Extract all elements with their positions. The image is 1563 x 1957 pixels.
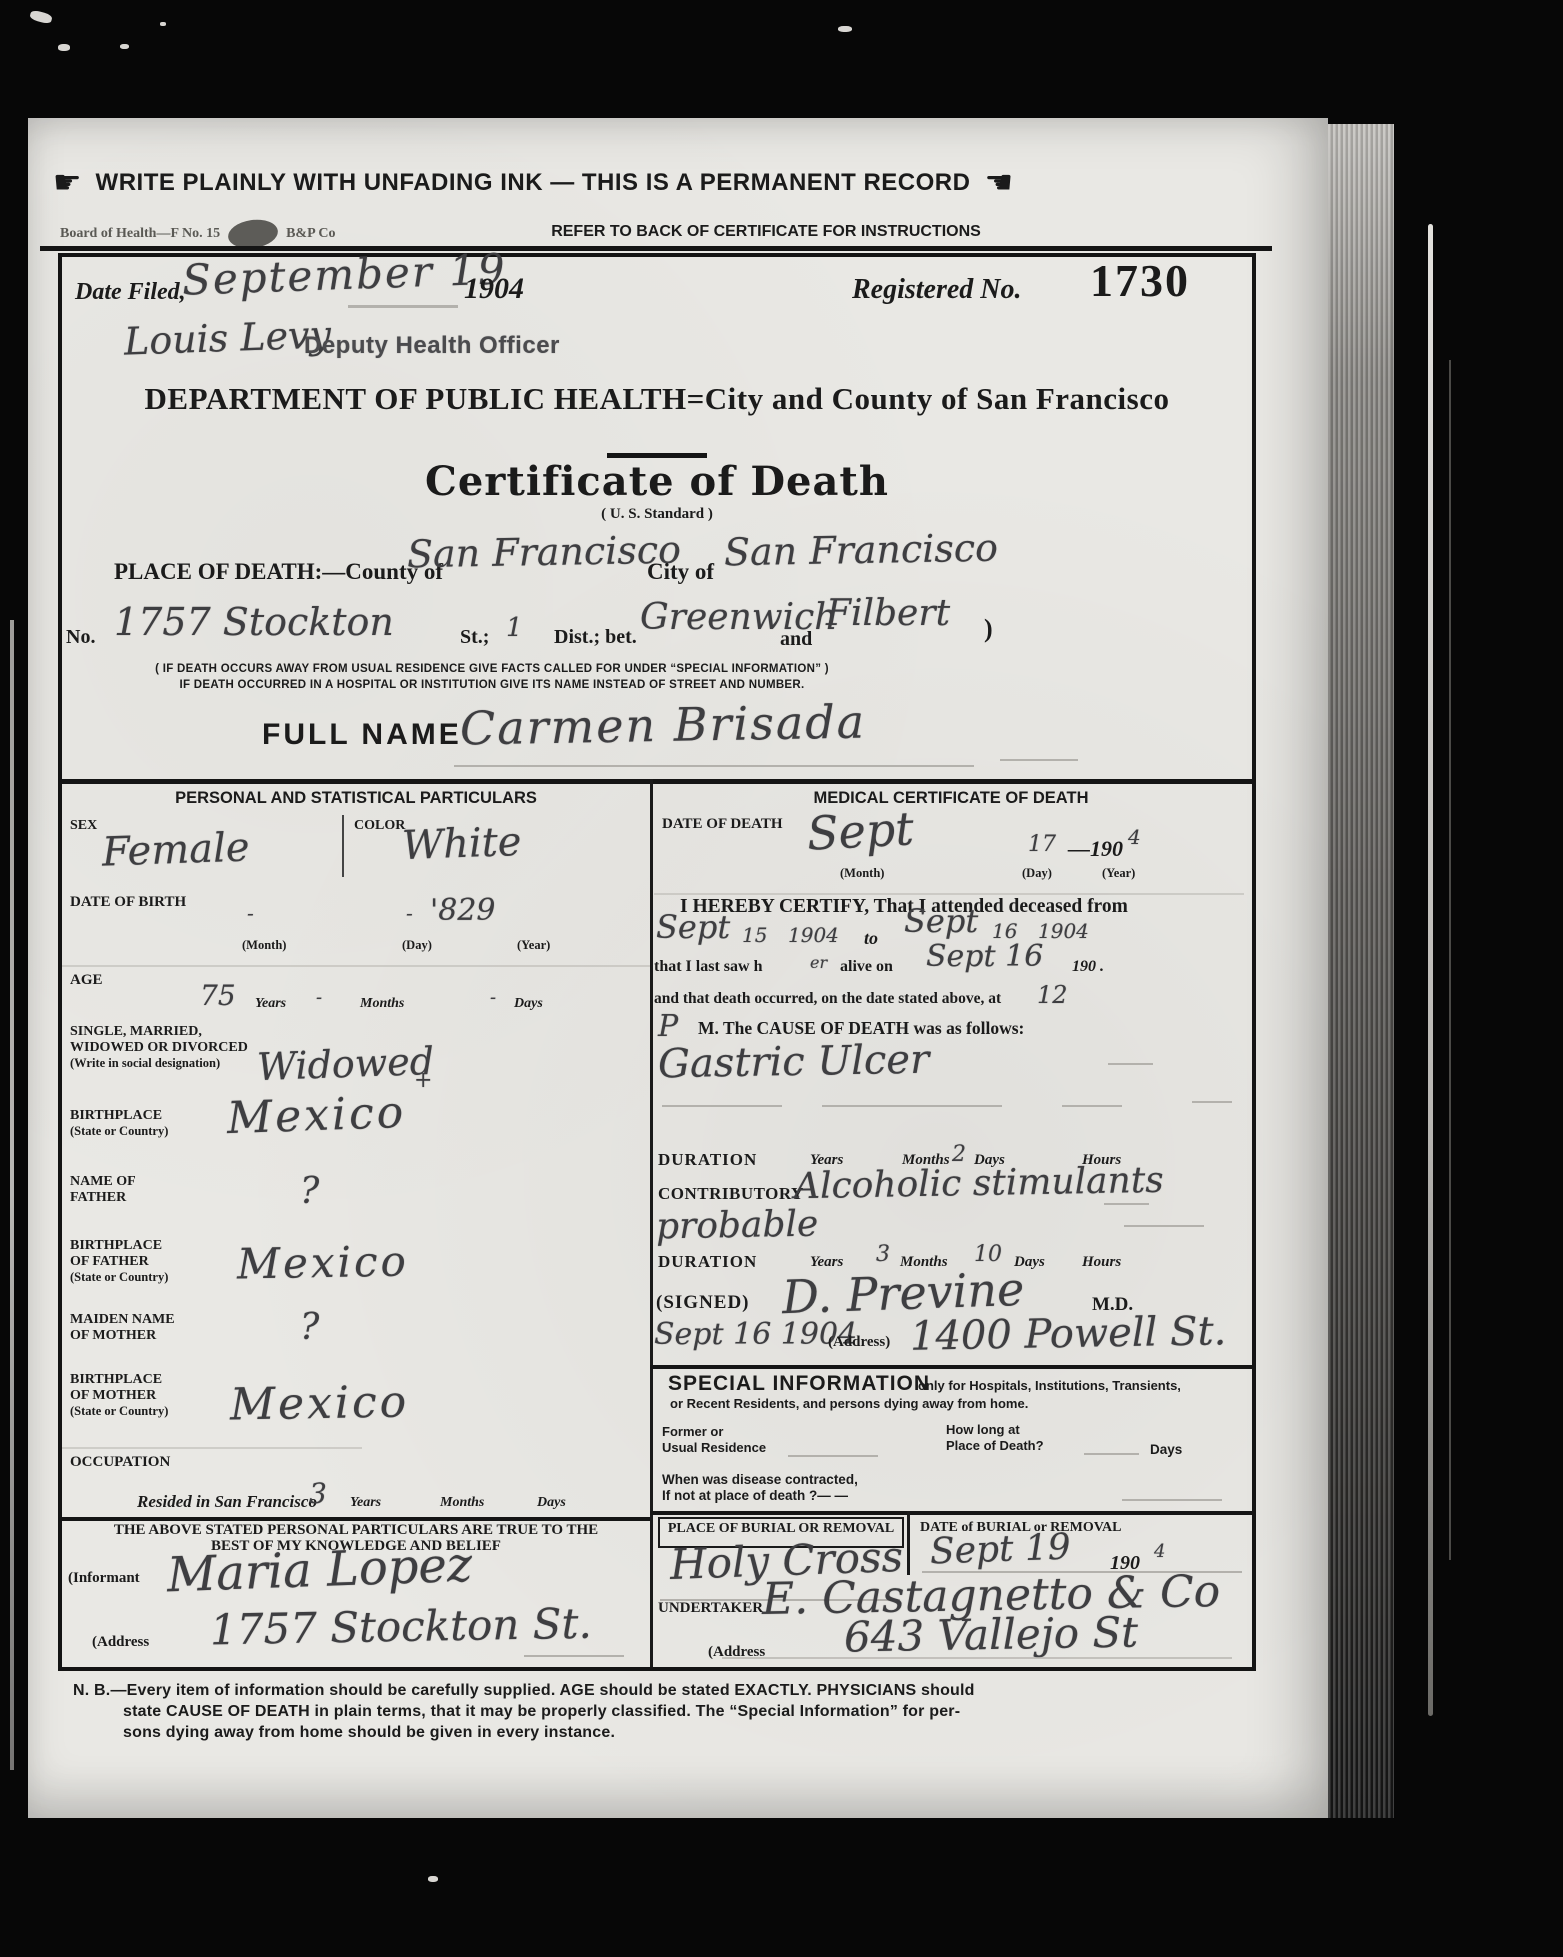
color-label: COLOR [354, 819, 405, 834]
mother-name-label-1: MAIDEN NAME [70, 1313, 175, 1328]
st-label: St.; [460, 627, 489, 648]
columns-top-rule [62, 779, 1252, 784]
informant-address-label: (Address [92, 1635, 149, 1651]
age-row-line [62, 965, 650, 967]
full-name-value: Carmen Brisada [460, 697, 867, 752]
disease-contracted-label-2: If not at place of death ?— — [662, 1489, 848, 1503]
father-birthplace-label-2: OF FATHER [70, 1255, 149, 1270]
resided-years-value: 3 [309, 1479, 327, 1508]
cause-line-1 [662, 1105, 782, 1107]
banner-text: WRITE PLAINLY WITH UNFADING INK — THIS I… [96, 170, 971, 195]
age-dash-1: - [316, 989, 322, 1008]
contributory-value-2: probable [656, 1206, 819, 1247]
color-value: White [401, 821, 522, 867]
attended-to-month: Sept [904, 905, 978, 939]
footnote-line-2: state CAUSE OF DEATH in plain terms, tha… [123, 1704, 960, 1721]
certificate-box: Date Filed, September 19 1904 Registered… [58, 253, 1256, 1671]
and-label: and [780, 629, 812, 650]
birthplace-value: Mexico [226, 1090, 407, 1142]
printer-name-text: B&P Co [286, 227, 335, 242]
mother-birthplace-label-1: BIRTHPLACE [70, 1373, 162, 1388]
full-name-line [454, 765, 974, 767]
between-street-b: Filbert [826, 595, 950, 633]
attended-from-year: 1904 [788, 925, 839, 946]
date-of-death-label: DATE OF DEATH [662, 817, 783, 833]
father-name-value: ? [300, 1173, 319, 1211]
father-birthplace-value: Mexico [237, 1240, 410, 1287]
statement-rule [62, 1517, 650, 1521]
date-of-death-month: Sept [806, 804, 915, 858]
date-filed-year: 1904 [464, 273, 524, 305]
registered-no-label: Registered No. [852, 275, 1022, 304]
date-filed-value: September 19 [181, 247, 507, 302]
full-name-label: FULL NAME [262, 719, 462, 751]
refer-instructions: REFER TO BACK OF CERTIFICATE FOR INSTRUC… [548, 224, 984, 241]
special-info-line-2: or Recent Residents, and persons dying a… [670, 1397, 1028, 1411]
dust-speck [838, 26, 852, 32]
informant-label: (Informant [68, 1571, 140, 1587]
city-value: San Francisco [724, 529, 999, 574]
occupation-label: OCCUPATION [70, 1455, 170, 1471]
marital-label-2: WIDOWED OR DIVORCED [70, 1041, 248, 1056]
book-page-edges [1328, 124, 1394, 1818]
statement-line-1: THE ABOVE STATED PERSONAL PARTICULARS AR… [62, 1523, 650, 1539]
attended-to-year: 1904 [1038, 921, 1089, 942]
pointing-hand-left-icon: ☚ [984, 166, 1013, 200]
attended-from-day: 15 [742, 925, 767, 946]
marital-label-3: (Write in social designation) [70, 1057, 220, 1070]
physician-address-label: (Address) [828, 1335, 890, 1351]
duration2-hours-label: Hours [1082, 1255, 1121, 1271]
mother-name-value: ? [300, 1309, 319, 1347]
death-occurred-text: and that death occurred, on the date sta… [654, 991, 1001, 1007]
marital-value: Widowed [256, 1042, 434, 1088]
contributory-line [1124, 1225, 1204, 1227]
sex-value: Female [101, 826, 250, 873]
last-saw-text-a: that I last saw h [654, 959, 762, 976]
age-label: AGE [70, 973, 103, 989]
informant-value: Maria Lopez [166, 1540, 473, 1601]
dust-speck [160, 22, 166, 26]
father-birthplace-label-1: BIRTHPLACE [70, 1239, 162, 1254]
cause-dash [1108, 1063, 1153, 1065]
special-info-title: SPECIAL INFORMATION [668, 1373, 930, 1395]
dod-month-paren: (Month) [840, 867, 884, 880]
footnote-line-1: N. B.—Every item of information should b… [73, 1683, 975, 1700]
undertaker-address-line [722, 1657, 1232, 1659]
duration2-years-value: 3 [876, 1243, 890, 1266]
age-days-label: Days [514, 997, 543, 1012]
burial-divider [907, 1511, 910, 1575]
city-label: City of [647, 560, 714, 584]
certificate-standard: ( U. S. Standard ) [62, 507, 1252, 523]
resided-years-label: Years [350, 1496, 381, 1511]
left-page-edge-line [10, 620, 14, 1770]
residence-note-1: ( IF DEATH OCCURS AWAY FROM USUAL RESIDE… [102, 663, 882, 675]
cause-line-2 [822, 1105, 1002, 1107]
date-filed-underline [348, 305, 458, 308]
how-long-label-2: Place of Death? [946, 1439, 1044, 1453]
dob-day-tick: - [406, 903, 413, 924]
marital-flourish: + [414, 1069, 432, 1092]
resided-months-label: Months [440, 1496, 484, 1511]
undertaker-label: UNDERTAKER [658, 1601, 763, 1617]
disease-contracted-label-1: When was disease contracted, [662, 1473, 858, 1487]
duration2-label: DURATION [658, 1253, 757, 1271]
duration1-label: DURATION [658, 1151, 757, 1169]
special-info-suffix: only for Hospitals, Institutions, Transi… [918, 1379, 1181, 1393]
certify-top-line [654, 893, 1244, 895]
cause-line-3 [1062, 1105, 1122, 1107]
contributory-value: Alcoholic stimulants [794, 1162, 1164, 1206]
date-of-death-year-hw: 4 [1128, 827, 1141, 848]
physician-address-value: 1400 Powell St. [910, 1310, 1227, 1358]
county-value: San Francisco [407, 531, 682, 576]
spine-highlight-line [1428, 224, 1433, 1716]
residence-note-2: IF DEATH OCCURRED IN A HOSPITAL OR INSTI… [102, 679, 882, 691]
attended-from-month: Sept [656, 911, 730, 945]
dob-day-paren: (Day) [402, 939, 432, 952]
column-divider [650, 779, 653, 1667]
occupation-line [62, 1447, 362, 1449]
former-residence-blank [788, 1455, 878, 1457]
registered-no-value: 1730 [1090, 257, 1190, 305]
attended-to-label: to [864, 929, 878, 948]
medical-column-header: MEDICAL CERTIFICATE OF DEATH [650, 790, 1252, 807]
subheader-left: Board of Health—F No. 15 B&P Co [60, 220, 335, 248]
contributory-label: CONTRIBUTORY [658, 1185, 804, 1203]
cause-line-4 [1192, 1101, 1232, 1103]
age-months-label: Months [360, 997, 404, 1012]
dust-speck [120, 44, 129, 49]
banner: ☛ WRITE PLAINLY WITH UNFADING INK — THIS… [86, 166, 980, 200]
resided-days-label: Days [537, 1496, 566, 1511]
personal-column-header: PERSONAL AND STATISTICAL PARTICULARS [62, 790, 650, 807]
mother-birthplace-value: Mexico [230, 1379, 410, 1428]
pointing-hand-right-icon: ☛ [53, 166, 82, 200]
dob-label: DATE OF BIRTH [70, 895, 186, 911]
dob-year-value: '829 [430, 895, 496, 927]
top-rule [40, 246, 1272, 251]
full-name-dash [1000, 759, 1078, 761]
informant-address-dash [524, 1655, 624, 1657]
spine-dim-line [1449, 360, 1451, 1560]
street-no-label: No. [66, 627, 95, 648]
dust-speck [58, 44, 70, 51]
footnote-line-3: sons dying away from home should be give… [123, 1725, 615, 1742]
last-saw-date: Sept 16 [926, 941, 1043, 973]
informant-address-value: 1757 Stockton St. [210, 1602, 592, 1653]
last-saw-text-b: alive on [840, 959, 893, 976]
form-number-text: Board of Health—F No. 15 [60, 227, 220, 242]
former-residence-label-2: Usual Residence [662, 1441, 766, 1455]
certificate-page: ☛ WRITE PLAINLY WITH UNFADING INK — THIS… [28, 118, 1328, 1818]
age-dash-2: - [490, 989, 496, 1008]
father-name-label-2: FATHER [70, 1191, 126, 1206]
resided-label: Resided in San Francisco [137, 1493, 317, 1511]
burial-date-year-hw: 4 [1154, 1543, 1165, 1562]
cause-of-death-value: Gastric Ulcer [658, 1039, 930, 1086]
burial-date-value: Sept 19 [929, 1529, 1071, 1572]
dob-year-paren: (Year) [517, 939, 550, 952]
signed-date: Sept 16 1904 [654, 1319, 857, 1351]
undertaker-address-value: 643 Vallejo St [844, 1610, 1139, 1659]
contributory-dash [1104, 1203, 1149, 1205]
birthplace-label-2: (State or Country) [70, 1125, 168, 1138]
death-occurred-time: 12 [1037, 983, 1068, 1008]
sex-color-divider [342, 815, 344, 877]
last-saw-year: 190 . [1072, 959, 1104, 976]
date-of-death-year-printed: —190 [1068, 837, 1123, 860]
marital-label-1: SINGLE, MARRIED, [70, 1025, 202, 1040]
sex-label: SEX [70, 819, 97, 834]
officer-signature: Louis Levy [123, 315, 331, 362]
dust-speck [428, 1876, 438, 1882]
mother-birthplace-label-2: OF MOTHER [70, 1389, 156, 1404]
cause-of-death-label: M. The CAUSE OF DEATH was as follows: [698, 1019, 1024, 1037]
age-years-label: Years [255, 997, 286, 1012]
father-birthplace-label-3: (State or Country) [70, 1271, 168, 1284]
street-no-value: 1757 Stockton [114, 603, 394, 643]
special-top-rule [650, 1365, 1252, 1369]
how-long-blank [1084, 1453, 1139, 1455]
age-years-value: 75 [200, 981, 236, 1010]
death-occurred-meridiem-hw: P [658, 1011, 678, 1043]
dod-day-paren: (Day) [1022, 867, 1052, 880]
mother-birthplace-label-3: (State or Country) [70, 1405, 168, 1418]
how-long-label-1: How long at [946, 1423, 1020, 1437]
district-value: 1 [506, 615, 523, 642]
disease-contracted-blank [1122, 1499, 1222, 1501]
burial-top-rule [650, 1511, 1252, 1515]
officer-title: Deputy Health Officer [304, 333, 560, 358]
father-name-label-1: NAME OF [70, 1175, 136, 1190]
dod-year-paren: (Year) [1102, 867, 1135, 880]
place-of-death-label: PLACE OF DEATH:—County of [114, 560, 443, 584]
signed-label: (SIGNED) [656, 1293, 750, 1313]
certificate-title: Certificate of Death [62, 461, 1252, 503]
date-filed-label: Date Filed, [75, 280, 186, 305]
how-long-days-label: Days [1150, 1443, 1182, 1457]
closing-paren: ) [984, 615, 993, 642]
dust-speck [29, 9, 53, 24]
last-saw-pronoun-hw: er [810, 955, 827, 972]
dob-month-tick: - [247, 903, 254, 924]
dist-bet-label: Dist.; bet. [554, 627, 637, 648]
department-title: DEPARTMENT OF PUBLIC HEALTH=City and Cou… [62, 383, 1252, 416]
date-of-death-day: 17 [1028, 833, 1056, 856]
birthplace-label-1: BIRTHPLACE [70, 1109, 162, 1124]
dob-month-paren: (Month) [242, 939, 286, 952]
mother-name-label-2: OF MOTHER [70, 1329, 156, 1344]
former-residence-label-1: Former or [662, 1425, 723, 1439]
